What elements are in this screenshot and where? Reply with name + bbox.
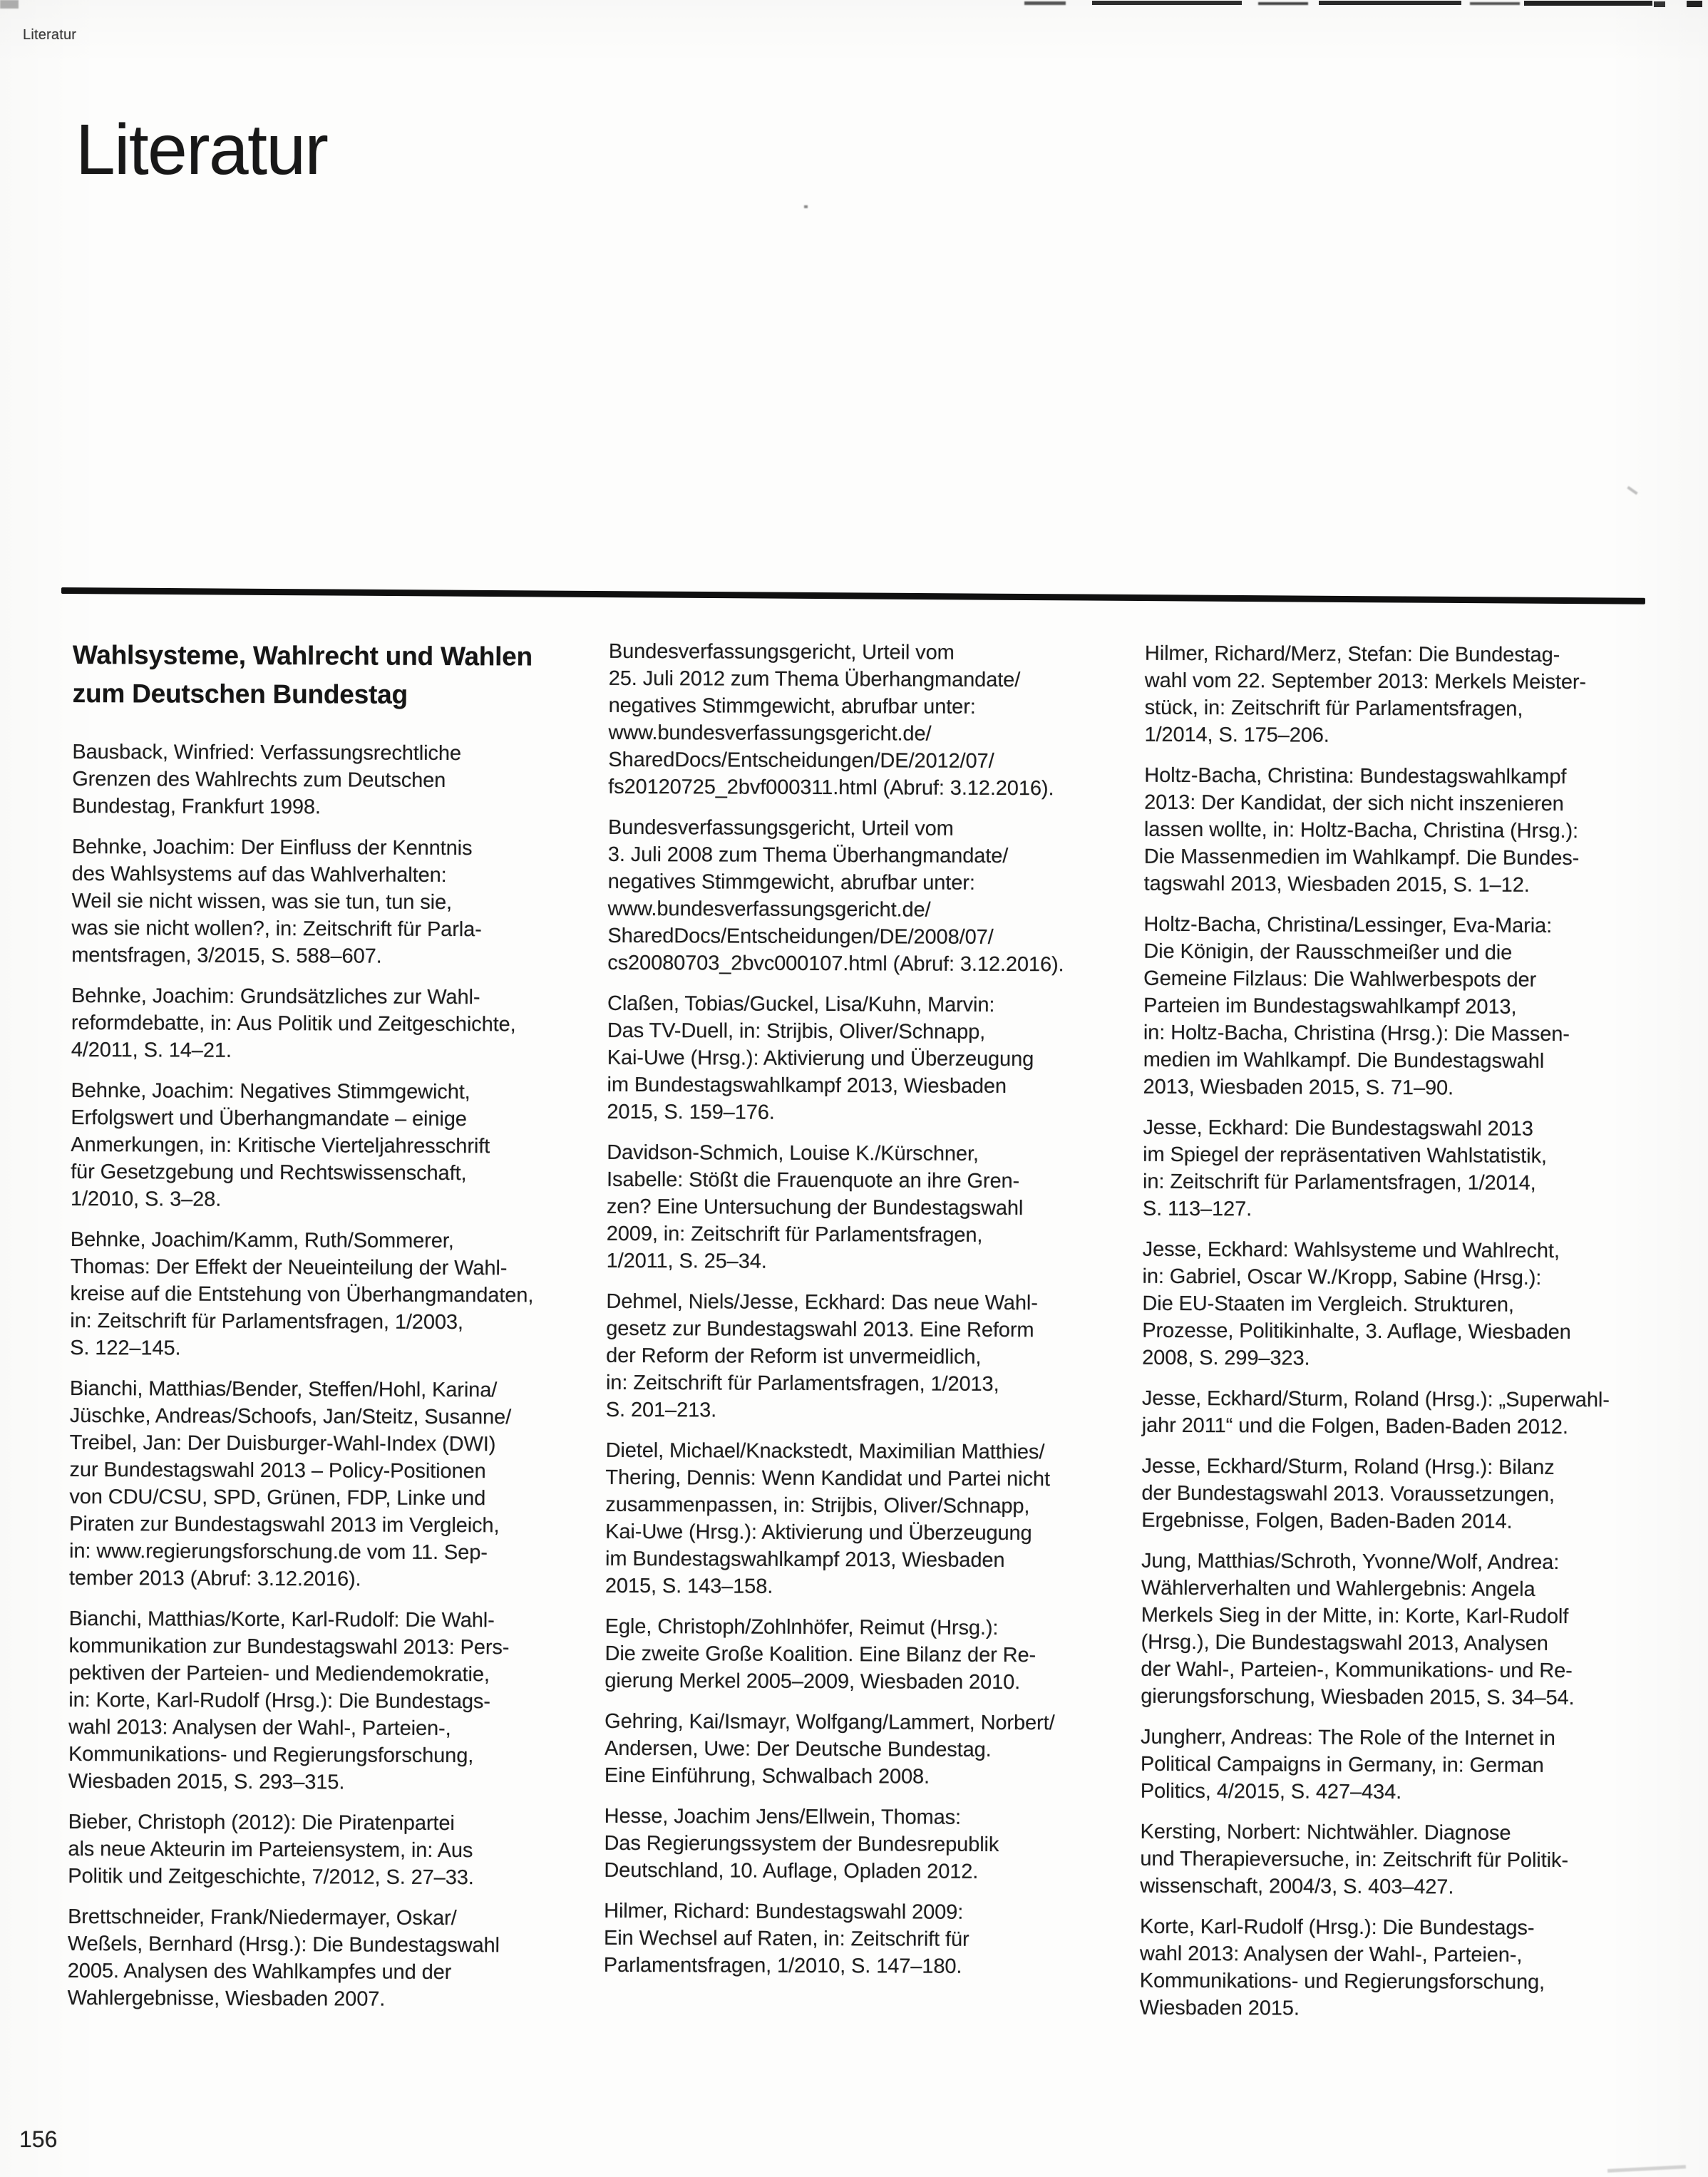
bib-entry: Bieber, Christoph (2012): Die Piratenpar… [68, 1808, 575, 1892]
bibliography-column-1: Wahlsysteme, Wahlrecht und Wahlen zum De… [67, 636, 580, 2033]
bib-entry: Brettschneider, Frank/Niedermayer, Oskar… [68, 1903, 575, 2014]
bib-entry: Jung, Matthias/Schroth, Yvonne/Wolf, And… [1141, 1548, 1648, 1712]
scan-artifact [1607, 2165, 1686, 2173]
scan-artifact [1627, 486, 1637, 495]
bib-entry: Gehring, Kai/Ismayr, Wolfgang/Lammert, N… [605, 1708, 1111, 1791]
bib-entry: Dietel, Michael/Knackstedt, Maximilian M… [605, 1437, 1113, 1602]
scan-artifact [1092, 1, 1242, 5]
bibliography-column-2: Bundesverfassungsgericht, Urteil vom 25.… [603, 638, 1116, 2035]
section-heading: Wahlsysteme, Wahlrecht und Wahlen zum De… [73, 636, 580, 715]
scan-artifact [1319, 1, 1461, 5]
bib-entry: Behnke, Joachim: Der Einfluss der Kenntn… [71, 833, 579, 971]
running-header: Literatur [23, 27, 76, 43]
bibliography: Wahlsysteme, Wahlrecht und Wahlen zum De… [67, 636, 1651, 2037]
page-number: 156 [19, 2126, 57, 2153]
bib-entry: Bundesverfassungsgericht, Urteil vom 3. … [607, 814, 1115, 979]
bib-entry: Hilmer, Richard: Bundestagswahl 2009: Ei… [604, 1898, 1111, 1981]
scan-artifact [1687, 1, 1702, 7]
bib-entry: Korte, Karl-Rudolf (Hrsg.): Die Bundesta… [1140, 1913, 1647, 2024]
bib-entry: Behnke, Joachim: Negatives Stimmgewicht,… [71, 1077, 578, 1215]
page-title: Literatur [76, 114, 327, 185]
scan-artifact [1654, 1, 1665, 7]
bib-entry: Hesse, Joachim Jens/Ellwein, Thomas: Das… [604, 1803, 1111, 1886]
bib-entry: Jesse, Eckhard: Die Bundestagswahl 2013 … [1143, 1114, 1650, 1225]
bib-entry: Bausback, Winfried: Verfassungsrechtlich… [72, 738, 579, 822]
bibliography-column-3: Hilmer, Richard/Merz, Stefan: Die Bundes… [1139, 640, 1652, 2037]
scan-artifact [1024, 1, 1066, 5]
scan-artifact [1258, 2, 1308, 5]
bib-entry: Jesse, Eckhard/Sturm, Roland (Hrsg.): Bi… [1141, 1453, 1648, 1536]
bib-entry: Claßen, Tobias/Guckel, Lisa/Kuhn, Marvin… [607, 990, 1114, 1128]
horizontal-rule [61, 587, 1645, 604]
bib-entry: Behnke, Joachim/Kamm, Ruth/Sommerer, Tho… [70, 1226, 577, 1364]
bib-entry: Jesse, Eckhard/Sturm, Roland (Hrsg.): „S… [1142, 1385, 1649, 1441]
bib-entry: Bianchi, Matthias/Bender, Steffen/Hohl, … [69, 1375, 577, 1594]
scan-artifact [1470, 2, 1520, 5]
scan-artifact [804, 205, 808, 208]
bib-entry: Dehmel, Niels/Jesse, Eckhard: Das neue W… [606, 1288, 1113, 1426]
bib-entry: Jesse, Eckhard: Wahlsysteme und Wahlrech… [1142, 1236, 1650, 1374]
bib-entry: Bundesverfassungsgericht, Urteil vom 25.… [608, 638, 1116, 803]
scan-artifact [1524, 1, 1652, 6]
bib-entry: Bianchi, Matthias/Korte, Karl-Rudolf: Di… [68, 1605, 576, 1797]
bib-entry: Hilmer, Richard/Merz, Stefan: Die Bundes… [1144, 640, 1652, 751]
bib-entry: Behnke, Joachim: Grundsätzliches zur Wah… [71, 982, 578, 1066]
bib-entry: Holtz-Bacha, Christina: Bundestagswahlka… [1144, 762, 1652, 900]
bib-entry: Kersting, Norbert: Nichtwähler. Diagnose… [1140, 1818, 1647, 1902]
scan-artifact [0, 0, 19, 9]
bib-entry: Jungherr, Andreas: The Role of the Inter… [1141, 1724, 1647, 1807]
bib-entry: Holtz-Bacha, Christina/Lessinger, Eva-Ma… [1143, 911, 1651, 1103]
bib-entry: Egle, Christoph/Zohlnhöfer, Reimut (Hrsg… [605, 1613, 1111, 1697]
bib-entry: Davidson-Schmich, Louise K./Kürschner, I… [607, 1139, 1114, 1277]
